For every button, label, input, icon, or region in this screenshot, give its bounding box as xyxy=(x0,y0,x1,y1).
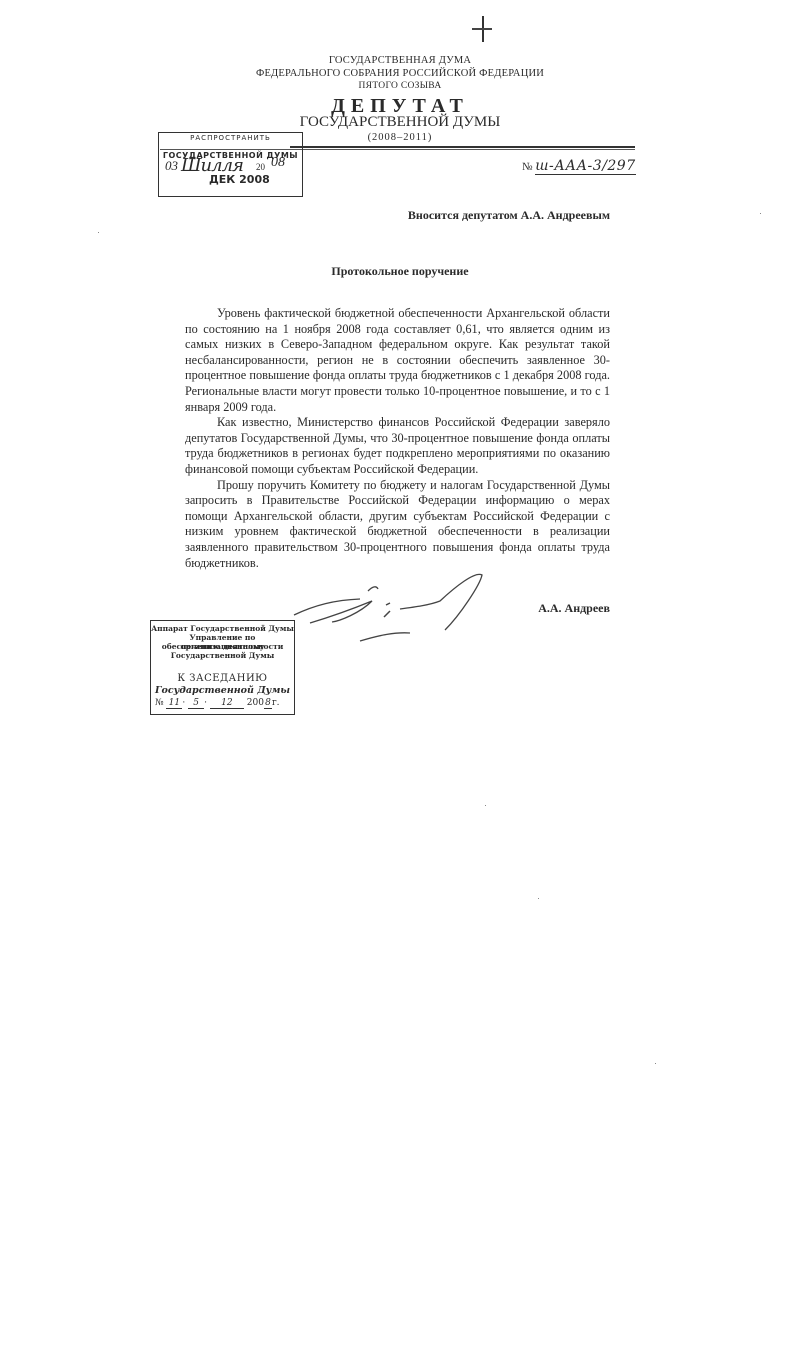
stamp-month-line: ДЕК 2008 xyxy=(209,173,270,186)
stamp-year-prefix: 20 xyxy=(256,162,265,172)
signer-name: А.А. Андреев xyxy=(500,601,610,616)
letterhead-term: (2008–2011) xyxy=(340,132,460,143)
stamp-heading: К ЗАСЕДАНИЮ xyxy=(151,673,294,684)
introduced-by: Вносится депутатом А.А. Андреевым xyxy=(300,208,610,223)
stamp-number-part-2: 5 xyxy=(188,698,204,709)
stamp-line-3: обеспечению деятельности xyxy=(151,642,294,651)
scan-speck xyxy=(98,232,99,233)
stamp-number-row: № 11· 5· 12 2008г. xyxy=(155,698,280,709)
letterhead-subtitle: ГОСУДАРСТВЕННОЙ ДУМЫ xyxy=(150,114,650,131)
document-title: Протокольное поручение xyxy=(250,264,550,279)
letterhead-line-1: ГОСУДАРСТВЕННАЯ ДУМА xyxy=(150,55,650,66)
stamp-subheading: Государственной Думы xyxy=(151,685,294,696)
stamp-number-part-3: 12 xyxy=(210,698,244,709)
stamp-number-part-1: 11 xyxy=(166,698,182,709)
stamp-line-4: Государственной Думы xyxy=(151,651,294,660)
scan-registration-mark xyxy=(470,14,494,44)
document-body: Уровень фактической бюджетной обеспеченн… xyxy=(185,306,610,571)
distribution-stamp: РАСПРОСТРАНИТЬ ГОСУДАРСТВЕННОЙ ДУМЫ 03 Ш… xyxy=(158,132,303,197)
scan-speck xyxy=(538,898,539,899)
number-symbol: № xyxy=(522,161,533,173)
stamp-distribute-label: РАСПРОСТРАНИТЬ xyxy=(159,134,302,142)
stamp-day: 03 xyxy=(165,158,178,174)
meeting-stamp: Аппарат Государственной Думы Управление … xyxy=(150,620,295,715)
registration-number-value: ш-ААА-3/297 xyxy=(535,158,635,175)
scan-speck xyxy=(760,213,761,214)
scan-speck xyxy=(485,805,486,806)
paragraph: Уровень фактической бюджетной обеспеченн… xyxy=(185,306,610,415)
stamp-year-suffix: 08 xyxy=(271,155,285,171)
letterhead-line-3: ПЯТОГО СОЗЫВА xyxy=(150,81,650,91)
handwritten-signature xyxy=(290,565,490,650)
paragraph: Как известно, Министерство финансов Росс… xyxy=(185,415,610,477)
stamp-year-digit: 8 xyxy=(264,698,272,709)
registration-number: № ш-ААА-3/297 xyxy=(522,158,642,174)
scan-speck xyxy=(655,1063,656,1064)
stamp-year-prefix: 200 xyxy=(247,698,264,708)
letterhead-line-2: ФЕДЕРАЛЬНОГО СОБРАНИЯ РОССИЙСКОЙ ФЕДЕРАЦ… xyxy=(150,68,650,79)
paragraph: Прошу поручить Комитету по бюджету и нал… xyxy=(185,478,610,572)
letterhead-rule xyxy=(290,146,635,148)
stamp-number-symbol: № xyxy=(155,698,164,708)
stamp-year-suffix: г. xyxy=(272,698,280,708)
stamp-line-1: Аппарат Государственной Думы xyxy=(151,624,294,633)
